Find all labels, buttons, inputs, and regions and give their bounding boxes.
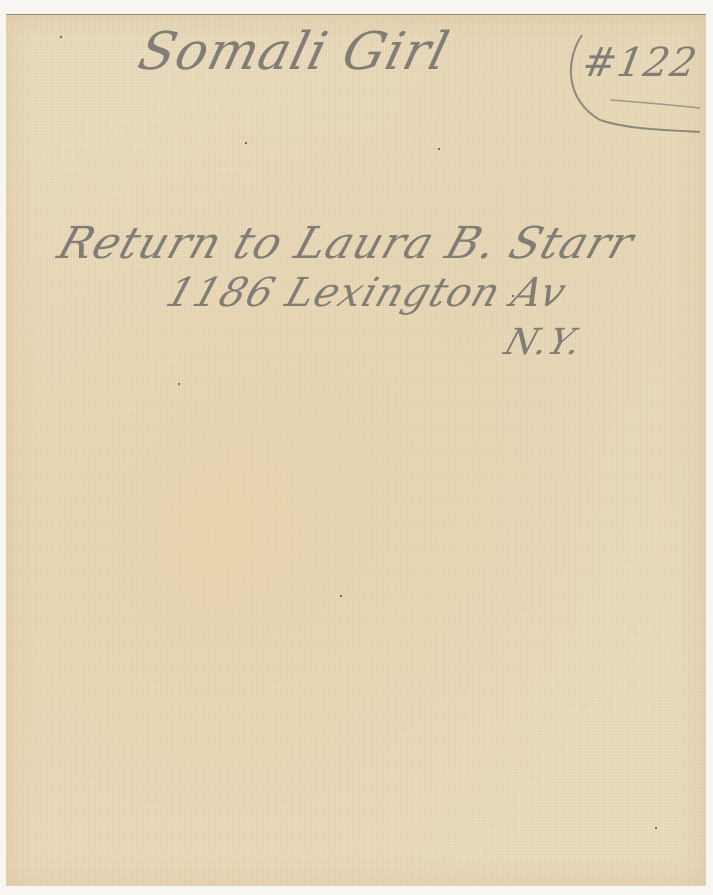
paper-speck: [340, 595, 342, 597]
return-line-street: 1186 Lexington Av: [161, 270, 573, 316]
paper-speck: [60, 36, 62, 38]
paper-speck: [512, 295, 514, 297]
paper-speck: [245, 142, 247, 144]
return-line-name: Return to Laura B. Starr: [52, 218, 641, 269]
paper-speck: [178, 383, 180, 385]
bracket-stroke: [560, 30, 710, 140]
paper-card: [6, 14, 706, 886]
paper-speck: [438, 148, 440, 150]
return-line-city: N.Y.: [499, 322, 588, 363]
photo-title: Somali Girl: [133, 22, 456, 82]
paper-speck: [655, 827, 657, 829]
